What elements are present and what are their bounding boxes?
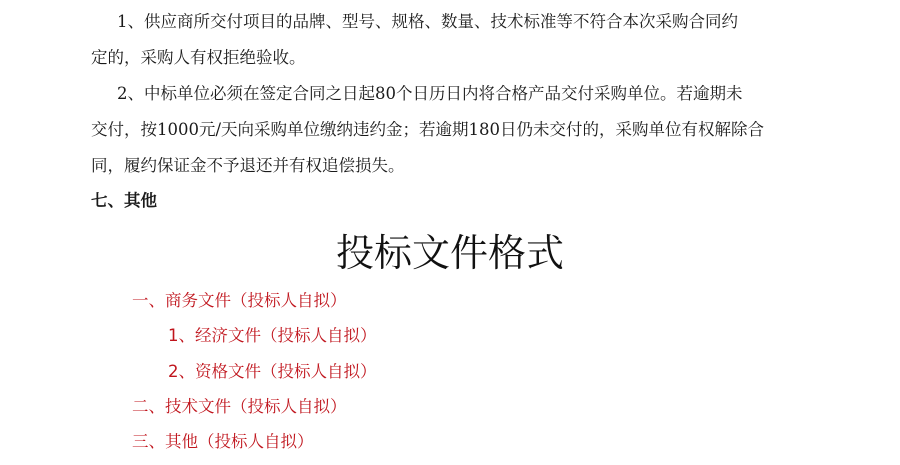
outline-item-other: 三、其他（投标人自拟）	[132, 432, 314, 452]
outline-item-business: 一、商务文件（投标人自拟）	[132, 291, 347, 311]
paragraph-1-line-2: 定的，采购人有权拒绝验收。	[91, 48, 306, 68]
section-heading: 七、其他	[91, 191, 157, 211]
page-title: 投标文件格式	[0, 230, 900, 276]
outline-item-economic: 1、经济文件（投标人自拟）	[168, 326, 377, 346]
outline-item-technical: 二、技术文件（投标人自拟）	[132, 397, 347, 417]
paragraph-2-line-3: 同，履约保证金不予退还并有权追偿损失。	[91, 156, 405, 176]
paragraph-2-line-1: 2、中标单位必须在签定合同之日起80个日历日内将合格产品交付采购单位。若逾期未	[117, 84, 743, 104]
paragraph-1-line-1: 1、供应商所交付项目的品牌、型号、规格、数量、技术标准等不符合本次采购合同约	[117, 12, 738, 32]
paragraph-2-line-2: 交付，按1000元/天向采购单位缴纳违约金；若逾期180日仍未交付的，采购单位有…	[91, 120, 764, 140]
outline-item-qualification: 2、资格文件（投标人自拟）	[168, 362, 377, 382]
